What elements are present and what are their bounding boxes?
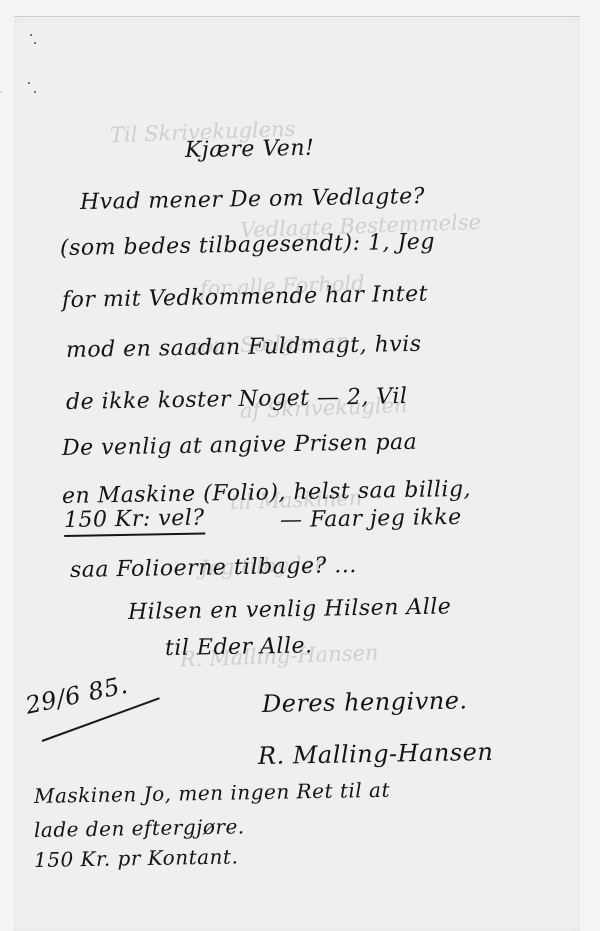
body-line: saa Folioerne tilbage? ...: [70, 553, 357, 583]
signature: R. Malling-Hansen: [258, 738, 494, 770]
greeting-line: til Eder Alle.: [165, 633, 313, 661]
salutation: Kjære Ven!: [185, 136, 315, 163]
postscript-line: lade den eftergjøre.: [34, 814, 245, 842]
postscript-line: 150 Kr. pr Kontant.: [34, 844, 239, 872]
underlined-price: 150 Kr: vel?: [64, 506, 205, 537]
margin-mark: ·: [0, 88, 3, 98]
margin-dot: [34, 42, 36, 44]
margin-dot: [30, 34, 32, 36]
closing: Deres hengivne.: [262, 686, 468, 718]
margin-dot: [28, 82, 30, 84]
page-top-edge: [14, 16, 580, 17]
body-line: — Faar jeg ikke: [280, 505, 462, 533]
margin-dot: [34, 91, 36, 93]
